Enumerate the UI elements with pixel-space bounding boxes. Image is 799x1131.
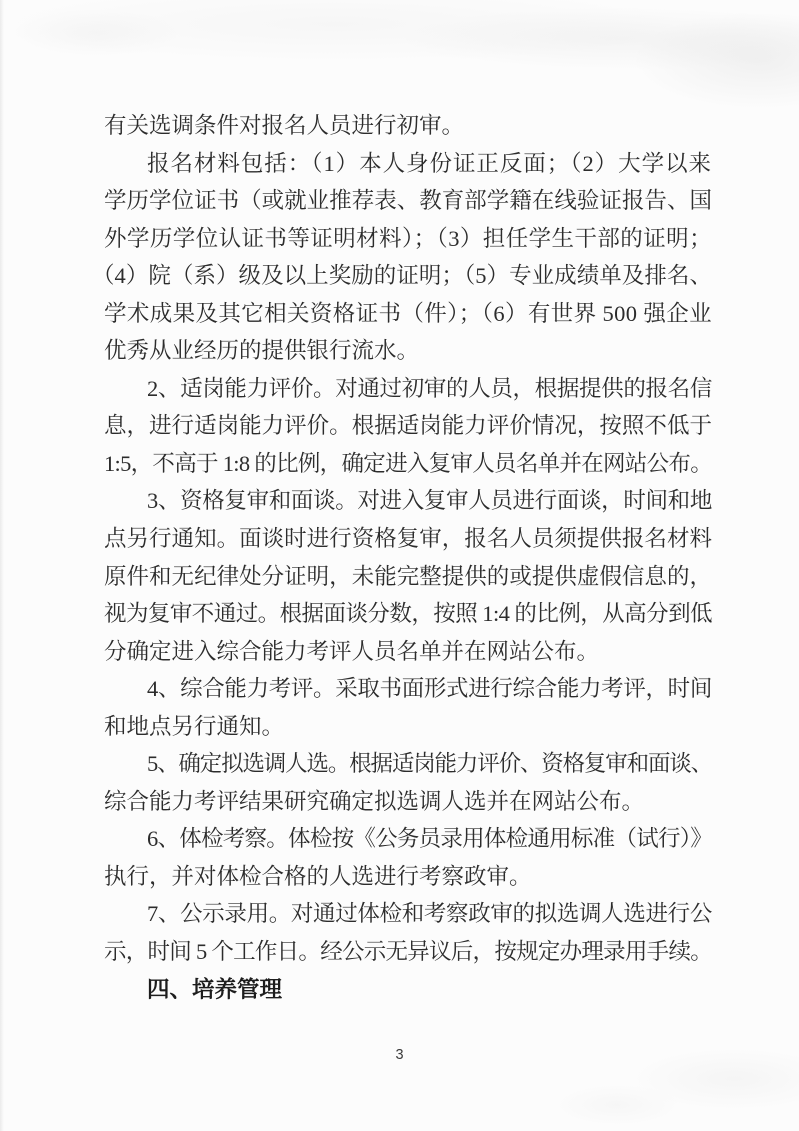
text-line-content: （4）院（系）级及以上奖励的证明；（5）专业成绩单及排名、 <box>92 257 712 295</box>
text-line-content: 视为复审不通过。根据面谈分数，按照 1:4 的比例，从高分到低 <box>104 595 712 633</box>
text-line: 3、资格复审和面谈。对进入复审人员进行面谈，时间和地 <box>104 482 712 520</box>
text-line: 学术成果及其它相关资格证书（件）；（6）有世界 500 强企业 <box>104 295 712 333</box>
text-line: 四、培养管理 <box>104 971 712 1009</box>
text-line-content: 3、资格复审和面谈。对进入复审人员进行面谈，时间和地 <box>104 482 712 520</box>
text-line: 分确定进入综合能力考评人员名单并在网站公布。 <box>104 633 712 671</box>
text-line-content: 外学历学位认证书等证明材料）；（3）担任学生干部的证明； <box>104 220 712 258</box>
text-line: 7、公示录用。对通过体检和考察政审的拟选调人选进行公 <box>104 895 712 933</box>
text-line-content: 7、公示录用。对通过体检和考察政审的拟选调人选进行公 <box>104 895 712 933</box>
text-line-content: 学历学位证书（或就业推荐表、教育部学籍在线验证报告、国 <box>104 182 712 220</box>
text-line: 和地点另行通知。 <box>104 708 712 746</box>
text-line-content: 息，进行适岗能力评价。根据适岗能力评价情况，按照不低于 <box>104 407 712 445</box>
text-line-content: 学术成果及其它相关资格证书（件）；（6）有世界 500 强企业 <box>104 295 712 333</box>
text-line: 4、综合能力考评。采取书面形式进行综合能力考评，时间 <box>104 670 712 708</box>
text-line-content: 优秀从业经历的提供银行流水。 <box>104 332 419 370</box>
document-body: 有关选调条件对报名人员进行初审。报名材料包括：（1）本人身份证正反面；（2）大学… <box>104 107 712 1008</box>
text-line: 外学历学位认证书等证明材料）；（3）担任学生干部的证明； <box>104 220 712 258</box>
text-line-content: 分确定进入综合能力考评人员名单并在网站公布。 <box>104 633 599 671</box>
text-line-content: 原件和无纪律处分证明，未能完整提供的或提供虚假信息的， <box>104 558 712 596</box>
text-line-content: 1:5，不高于 1:8 的比例，确定进入复审人员名单并在网站公布。 <box>104 445 712 483</box>
text-line-content: 有关选调条件对报名人员进行初审。 <box>104 107 464 145</box>
text-line-content: 点另行通知。面谈时进行资格复审，报名人员须提供报名材料 <box>104 520 712 558</box>
text-line-content: 5、确定拟选调人选。根据适岗能力评价、资格复审和面谈、 <box>104 745 712 783</box>
text-line-content: 报名材料包括：（1）本人身份证正反面；（2）大学以来 <box>104 145 712 183</box>
text-line: 有关选调条件对报名人员进行初审。 <box>104 107 712 145</box>
text-line: 视为复审不通过。根据面谈分数，按照 1:4 的比例，从高分到低 <box>104 595 712 633</box>
text-line-content: 执行，并对体检合格的人选进行考察政审。 <box>104 858 532 896</box>
text-line: 原件和无纪律处分证明，未能完整提供的或提供虚假信息的， <box>104 558 712 596</box>
text-line: 学历学位证书（或就业推荐表、教育部学籍在线验证报告、国 <box>104 182 712 220</box>
text-line: （4）院（系）级及以上奖励的证明；（5）专业成绩单及排名、 <box>104 257 712 295</box>
text-line: 1:5，不高于 1:8 的比例，确定进入复审人员名单并在网站公布。 <box>104 445 712 483</box>
text-line-content: 四、培养管理 <box>104 971 282 1009</box>
text-line-content: 综合能力考评结果研究确定拟选调人选并在网站公布。 <box>104 783 644 821</box>
text-line: 示，时间 5 个工作日。经公示无异议后，按规定办理录用手续。 <box>104 933 712 971</box>
scan-edge-left <box>0 0 4 1131</box>
text-line: 报名材料包括：（1）本人身份证正反面；（2）大学以来 <box>104 145 712 183</box>
text-line-content: 示，时间 5 个工作日。经公示无异议后，按规定办理录用手续。 <box>104 933 712 971</box>
scan-noise-bottom <box>539 1001 799 1131</box>
document-page: 有关选调条件对报名人员进行初审。报名材料包括：（1）本人身份证正反面；（2）大学… <box>0 0 799 1131</box>
text-line: 执行，并对体检合格的人选进行考察政审。 <box>104 858 712 896</box>
text-line-content: 和地点另行通知。 <box>104 708 284 746</box>
text-line: 优秀从业经历的提供银行流水。 <box>104 332 712 370</box>
text-line-content: 2、适岗能力评价。对通过初审的人员，根据提供的报名信 <box>104 370 712 408</box>
text-line: 息，进行适岗能力评价。根据适岗能力评价情况，按照不低于 <box>104 407 712 445</box>
text-line-content: 4、综合能力考评。采取书面形式进行综合能力考评，时间 <box>104 670 712 708</box>
text-line: 综合能力考评结果研究确定拟选调人选并在网站公布。 <box>104 783 712 821</box>
page-number: 3 <box>0 1047 799 1063</box>
text-line: 6、体检考察。体检按《公务员录用体检通用标准（试行）》 <box>104 820 712 858</box>
text-line: 点另行通知。面谈时进行资格复审，报名人员须提供报名材料 <box>104 520 712 558</box>
scan-noise-top <box>0 0 799 110</box>
text-line-content: 6、体检考察。体检按《公务员录用体检通用标准（试行）》 <box>104 820 712 858</box>
text-line: 2、适岗能力评价。对通过初审的人员，根据提供的报名信 <box>104 370 712 408</box>
text-line: 5、确定拟选调人选。根据适岗能力评价、资格复审和面谈、 <box>104 745 712 783</box>
